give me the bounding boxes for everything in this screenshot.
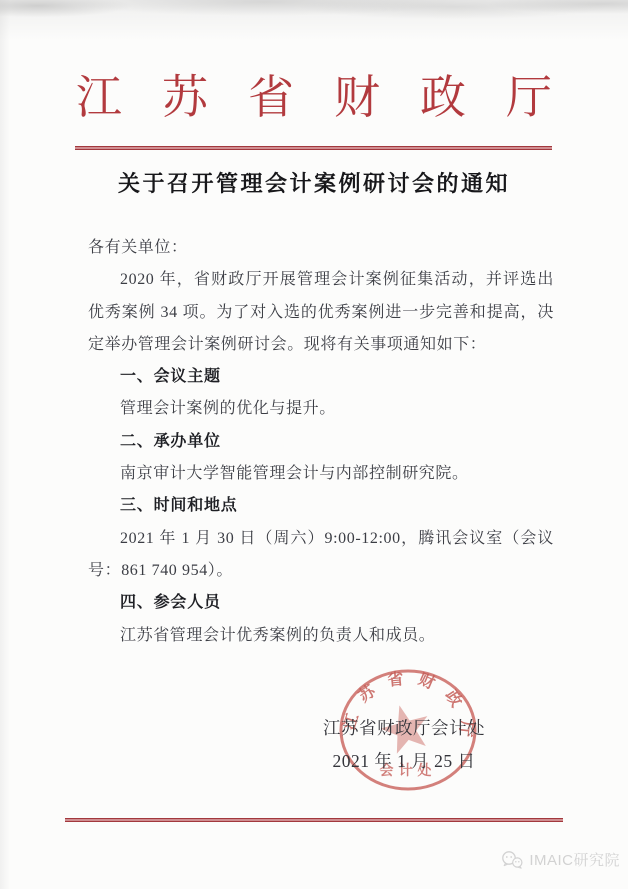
section-2-heading: 二、承办单位 [88, 426, 554, 458]
section-3-body: 2021 年 1 月 30 日（周六）9:00-12:00，腾讯会议室（会议号：… [88, 523, 554, 588]
signature-date: 2021 年 1 月 25 日 [316, 745, 492, 778]
section-3-heading: 三、时间和地点 [88, 490, 554, 522]
notice-body: 各有关单位： 2020 年，省财政厅开展管理会计案例征集活动，并评选出优秀案例 … [88, 232, 554, 652]
scan-shading-artifact [0, 0, 628, 48]
section-1-heading: 一、会议主题 [88, 361, 554, 393]
signature-block: 江苏省财政厅会计处 2021 年 1 月 25 日 [316, 712, 492, 778]
scan-edge-shading [0, 0, 10, 889]
document-page: 江苏省财政厅 关于召开管理会计案例研讨会的通知 各有关单位： 2020 年，省财… [0, 0, 628, 889]
section-2-body: 南京审计大学智能管理会计与内部控制研究院。 [88, 458, 554, 490]
section-4-heading: 四、参会人员 [88, 587, 554, 619]
footer-divider-line [65, 818, 563, 822]
wechat-icon [500, 850, 524, 870]
intro-paragraph: 2020 年，省财政厅开展管理会计案例征集活动，并评选出优秀案例 34 项。为了… [88, 264, 554, 361]
letterhead-divider-line [75, 146, 552, 150]
signature-unit: 江苏省财政厅会计处 [316, 712, 492, 745]
section-1-body: 管理会计案例的优化与提升。 [88, 393, 554, 425]
letterhead-org-name: 江苏省财政厅 [0, 70, 628, 126]
section-4-body: 江苏省管理会计优秀案例的负责人和成员。 [88, 620, 554, 652]
watermark-label: IMAIC研究院 [529, 849, 620, 870]
salutation: 各有关单位： [88, 232, 554, 264]
notice-title: 关于召开管理会计案例研讨会的通知 [0, 167, 628, 198]
watermark: IMAIC研究院 [500, 849, 620, 870]
